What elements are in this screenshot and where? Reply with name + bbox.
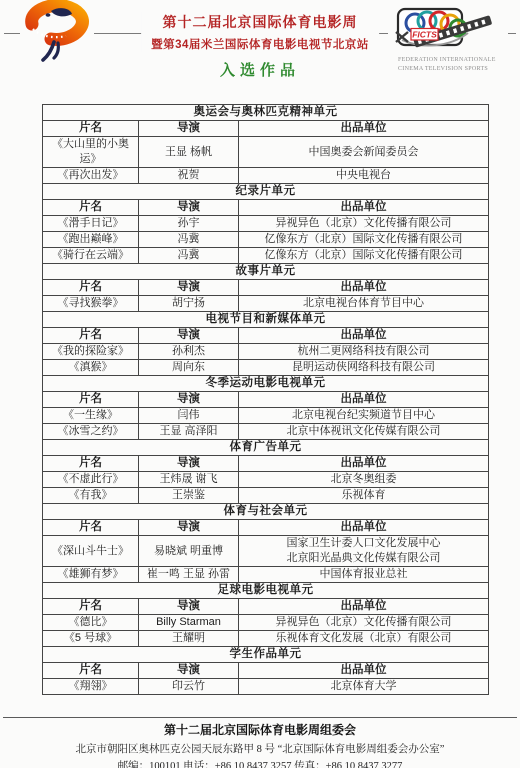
producer: 北京冬奥组委: [239, 472, 489, 488]
section-title: 足球电影电视单元: [43, 583, 489, 599]
film-row: 《不虚此行》王炜晟 谢飞北京冬奥组委: [43, 472, 489, 488]
film-row: 《5 号球》王耀明乐视体育文化发展（北京）有限公司: [43, 631, 489, 647]
column-header: 导演: [139, 200, 239, 216]
column-header-row: 片名导演出品单位: [43, 456, 489, 472]
director: 印云竹: [139, 679, 239, 695]
director: 王显 高泽阳: [139, 424, 239, 440]
section-title-row: 冬季运动电影电视单元: [43, 376, 489, 392]
column-header: 出品单位: [239, 520, 489, 536]
column-header: 片名: [43, 599, 139, 615]
column-header: 片名: [43, 280, 139, 296]
director: 王炜晟 谢飞: [139, 472, 239, 488]
director: 王崇鉴: [139, 488, 239, 504]
column-header: 导演: [139, 280, 239, 296]
director: 冯冀: [139, 248, 239, 264]
event-subtitle: 暨第34届米兰国际体育电影电视节北京站: [151, 36, 369, 52]
column-header: 出品单位: [239, 392, 489, 408]
column-header: 出品单位: [239, 599, 489, 615]
producer: 中国体育报业总社: [239, 567, 489, 583]
producer: 乐视体育文化发展（北京）有限公司: [239, 631, 489, 647]
film-row: 《骑行在云端》冯冀亿像东方（北京）国际文化传播有限公司: [43, 248, 489, 264]
producer: 北京电视台纪实频道节目中心: [239, 408, 489, 424]
event-title: 第十二届北京国际体育电影周: [151, 12, 369, 32]
film-title: 《冰雪之约》: [43, 424, 139, 440]
selected-works-table-body: 奥运会与奥林匹克精神单元片名导演出品单位《大山里的小奥运》王显 杨帆中国奥委会新…: [43, 105, 489, 695]
column-header: 导演: [139, 599, 239, 615]
section-title: 故事片单元: [43, 264, 489, 280]
film-title: 《翔翎》: [43, 679, 139, 695]
film-title: 《跑出巅峰》: [43, 232, 139, 248]
footer-rule: [3, 717, 517, 718]
producer: 北京中体视讯文化传媒有限公司: [239, 424, 489, 440]
column-header-row: 片名导演出品单位: [43, 392, 489, 408]
film-row: 《大山里的小奥运》王显 杨帆中国奥委会新闻委员会: [43, 137, 489, 168]
film-row: 《有我》王崇鉴乐视体育: [43, 488, 489, 504]
film-title: 《寻找猴拳》: [43, 296, 139, 312]
column-header: 出品单位: [239, 121, 489, 137]
section-title-row: 学生作品单元: [43, 647, 489, 663]
section-title: 电视节目和新媒体单元: [43, 312, 489, 328]
producer: 亿像东方（北京）国际文化传播有限公司: [239, 232, 489, 248]
section-title-row: 纪录片单元: [43, 184, 489, 200]
film-row: 《跑出巅峰》冯冀亿像东方（北京）国际文化传播有限公司: [43, 232, 489, 248]
organizing-committee: 第十二届北京国际体育电影周组委会: [0, 721, 520, 738]
column-header-row: 片名导演出品单位: [43, 121, 489, 137]
section-title-row: 奥运会与奥林匹克精神单元: [43, 105, 489, 121]
column-header: 片名: [43, 663, 139, 679]
column-header: 出品单位: [239, 200, 489, 216]
film-title: 《德比》: [43, 615, 139, 631]
ficts-caption: FEDERATION INTERNATIONALE CINEMA TELEVIS…: [398, 56, 508, 73]
section-title-row: 体育与社会单元: [43, 504, 489, 520]
producer: 中国奥委会新闻委员会: [239, 137, 489, 168]
column-header-row: 片名导演出品单位: [43, 663, 489, 679]
director: 孙宇: [139, 216, 239, 232]
producer: 国家卫生计委人口文化发展中心 北京阳光晶典文化传媒有限公司: [239, 536, 489, 567]
film-row: 《翔翎》印云竹北京体育大学: [43, 679, 489, 695]
producer: 北京体育大学: [239, 679, 489, 695]
column-header: 导演: [139, 456, 239, 472]
column-header: 片名: [43, 200, 139, 216]
section-title: 奥运会与奥林匹克精神单元: [43, 105, 489, 121]
producer: 昆明运动侠网络科技有限公司: [239, 360, 489, 376]
column-header: 导演: [139, 392, 239, 408]
section-title-row: 足球电影电视单元: [43, 583, 489, 599]
section-title-row: 体育广告单元: [43, 440, 489, 456]
film-row: 《滇猴》周向东昆明运动侠网络科技有限公司: [43, 360, 489, 376]
producer: 北京电视台体育节目中心: [239, 296, 489, 312]
film-title: 《不虚此行》: [43, 472, 139, 488]
film-title: 《有我》: [43, 488, 139, 504]
column-header: 出品单位: [239, 280, 489, 296]
column-header-row: 片名导演出品单位: [43, 599, 489, 615]
section-title: 体育与社会单元: [43, 504, 489, 520]
director: 祝贺: [139, 168, 239, 184]
ficts-logo: FICTS FEDERATION INTERNATIONALE CINEMA T…: [388, 6, 508, 73]
column-header: 出品单位: [239, 456, 489, 472]
column-header: 导演: [139, 520, 239, 536]
film-row: 《我的探险家》孙利杰杭州二更网络科技有限公司: [43, 344, 489, 360]
director: 王耀明: [139, 631, 239, 647]
selected-works-table: 奥运会与奥林匹克精神单元片名导演出品单位《大山里的小奥运》王显 杨帆中国奥委会新…: [42, 104, 489, 695]
column-header-row: 片名导演出品单位: [43, 328, 489, 344]
footer: 第十二届北京国际体育电影周组委会 北京市朝阳区奥林匹克公园天辰东路甲 8 号 “…: [0, 721, 520, 768]
film-title: 《大山里的小奥运》: [43, 137, 139, 168]
producer: 亿像东方（北京）国际文化传播有限公司: [239, 248, 489, 264]
column-header: 片名: [43, 328, 139, 344]
producer: 异视异色（北京）文化传播有限公司: [239, 615, 489, 631]
film-row: 《再次出发》祝贺中央电视台: [43, 168, 489, 184]
film-title: 《深山斗牛士》: [43, 536, 139, 567]
committee-address: 北京市朝阳区奥林匹克公园天辰东路甲 8 号 “北京国际体育电影周组委会办公室”: [0, 741, 520, 756]
column-header: 导演: [139, 121, 239, 137]
document-page: 第十二届北京国际体育电影周 暨第34届米兰国际体育电影电视节北京站 入选作品 F…: [0, 0, 520, 768]
film-row: 《深山斗牛士》易晓斌 明重博国家卫生计委人口文化发展中心 北京阳光晶典文化传媒有…: [43, 536, 489, 567]
column-header-row: 片名导演出品单位: [43, 200, 489, 216]
director: 孙利杰: [139, 344, 239, 360]
ficts-acronym: FICTS: [412, 30, 437, 40]
column-header: 片名: [43, 392, 139, 408]
column-header: 片名: [43, 456, 139, 472]
section-title: 冬季运动电影电视单元: [43, 376, 489, 392]
film-reel-figure-icon: [20, 0, 94, 64]
section-title: 纪录片单元: [43, 184, 489, 200]
film-row: 《冰雪之约》王显 高泽阳北京中体视讯文化传媒有限公司: [43, 424, 489, 440]
film-row: 《寻找猴拳》胡宁扬北京电视台体育节目中心: [43, 296, 489, 312]
director: 胡宁扬: [139, 296, 239, 312]
column-header: 出品单位: [239, 328, 489, 344]
column-header: 出品单位: [239, 663, 489, 679]
section-title-row: 故事片单元: [43, 264, 489, 280]
film-title: 《滑手日记》: [43, 216, 139, 232]
director: 周向东: [139, 360, 239, 376]
producer: 乐视体育: [239, 488, 489, 504]
director: 崔一鸣 王显 孙雷: [139, 567, 239, 583]
director: 闫伟: [139, 408, 239, 424]
film-title: 《我的探险家》: [43, 344, 139, 360]
column-header-row: 片名导演出品单位: [43, 280, 489, 296]
director: Billy Starman: [139, 615, 239, 631]
section-title: 学生作品单元: [43, 647, 489, 663]
film-row: 《滑手日记》孙宇异视异色（北京）文化传播有限公司: [43, 216, 489, 232]
ficts-caption-line1: FEDERATION INTERNATIONALE: [398, 56, 508, 65]
column-header-row: 片名导演出品单位: [43, 520, 489, 536]
film-title: 《滇猴》: [43, 360, 139, 376]
film-title: 《5 号球》: [43, 631, 139, 647]
committee-contact: 邮编：100101 电话：+86 10 8437 3257 传真：+86 10 …: [0, 758, 520, 768]
producer: 异视异色（北京）文化传播有限公司: [239, 216, 489, 232]
producer: 杭州二更网络科技有限公司: [239, 344, 489, 360]
film-row: 《一生缘》闫伟北京电视台纪实频道节目中心: [43, 408, 489, 424]
film-title: 《一生缘》: [43, 408, 139, 424]
section-title: 体育广告单元: [43, 440, 489, 456]
column-header: 片名: [43, 520, 139, 536]
film-row: 《雄狮有梦》崔一鸣 王显 孙雷中国体育报业总社: [43, 567, 489, 583]
header-titles: 第十二届北京国际体育电影周 暨第34届米兰国际体育电影电视节北京站: [141, 12, 379, 52]
film-title: 《再次出发》: [43, 168, 139, 184]
ficts-caption-line2: CINEMA TELEVISION SPORTS: [398, 65, 508, 74]
column-header: 片名: [43, 121, 139, 137]
column-header: 导演: [139, 663, 239, 679]
director: 易晓斌 明重博: [139, 536, 239, 567]
ficts-rings-filmstrip-icon: FICTS: [388, 6, 496, 50]
column-header: 导演: [139, 328, 239, 344]
director: 冯冀: [139, 232, 239, 248]
film-title: 《雄狮有梦》: [43, 567, 139, 583]
film-title: 《骑行在云端》: [43, 248, 139, 264]
producer: 中央电视台: [239, 168, 489, 184]
film-row: 《德比》Billy Starman异视异色（北京）文化传播有限公司: [43, 615, 489, 631]
director: 王显 杨帆: [139, 137, 239, 168]
section-title-row: 电视节目和新媒体单元: [43, 312, 489, 328]
